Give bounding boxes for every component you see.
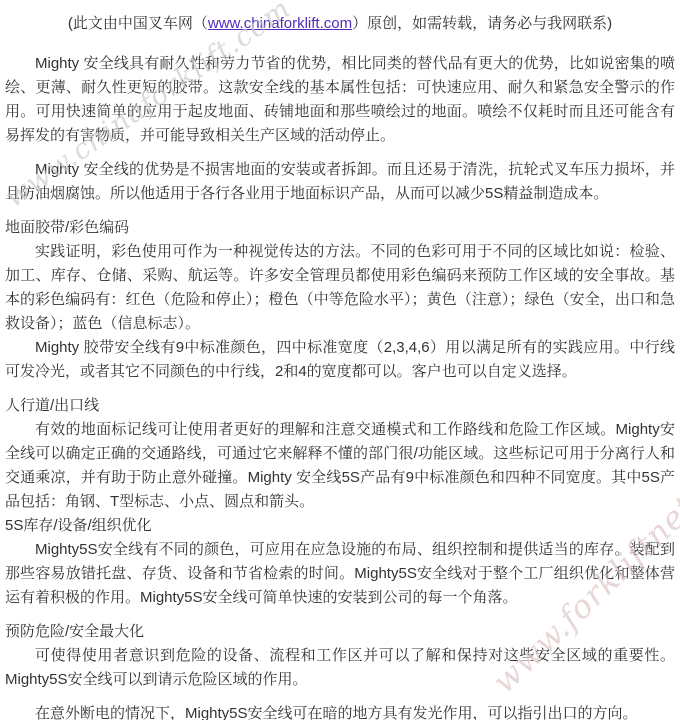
paragraph: Mighty 胶带安全线有9中标准颜色，四中标准宽度（2,3,4,6）用以满足所…: [5, 336, 675, 384]
paragraph: 可使得使用者意识到危险的设备、流程和工作区并可以了解和保持对这些安全区域的重要性…: [5, 644, 675, 692]
paragraph: Mighty 安全线的优势是不损害地面的安装或者拆卸。而且还易于清洗，抗轮式叉车…: [5, 158, 675, 206]
section-heading: 地面胶带/彩色编码: [5, 216, 675, 240]
paragraph: 在意外断电的情况下，Mighty5S安全线可在暗的地方具有发光作用，可以指引出口…: [5, 702, 675, 720]
page-root: www.chinaforklift.com www.forkliftnet.co…: [0, 0, 680, 720]
header-suffix: ）原创，如需转载，请务必与我网联系): [352, 15, 612, 32]
chinaforklift-link[interactable]: www.chinaforklift.com: [208, 15, 352, 32]
header-prefix: (此文由中国叉车网（: [68, 15, 208, 32]
paragraph: Mighty 安全线具有耐久性和劳力节省的优势，相比同类的替代品有更大的优势，比…: [5, 52, 675, 148]
section-heading: 预防危险/安全最大化: [5, 620, 675, 644]
paragraph: 实践证明，彩色使用可作为一种视觉传达的方法。不同的色彩可用于不同的区域比如说：检…: [5, 240, 675, 336]
paragraph: Mighty5S安全线有不同的颜色，可应用在应急设施的布局、组织控制和提供适当的…: [5, 538, 675, 610]
article-content: Mighty 安全线具有耐久性和劳力节省的优势，相比同类的替代品有更大的优势，比…: [5, 52, 675, 720]
section-heading: 5S库存/设备/组织优化: [5, 514, 675, 538]
paragraph: 有效的地面标记线可让使用者更好的理解和注意交通模式和工作路线和危险工作区域。Mi…: [5, 418, 675, 514]
section-heading: 人行道/出口线: [5, 394, 675, 418]
article: (此文由中国叉车网（www.chinaforklift.com）原创，如需转载，…: [0, 0, 680, 720]
header-attribution-line: (此文由中国叉车网（www.chinaforklift.com）原创，如需转载，…: [5, 0, 675, 36]
